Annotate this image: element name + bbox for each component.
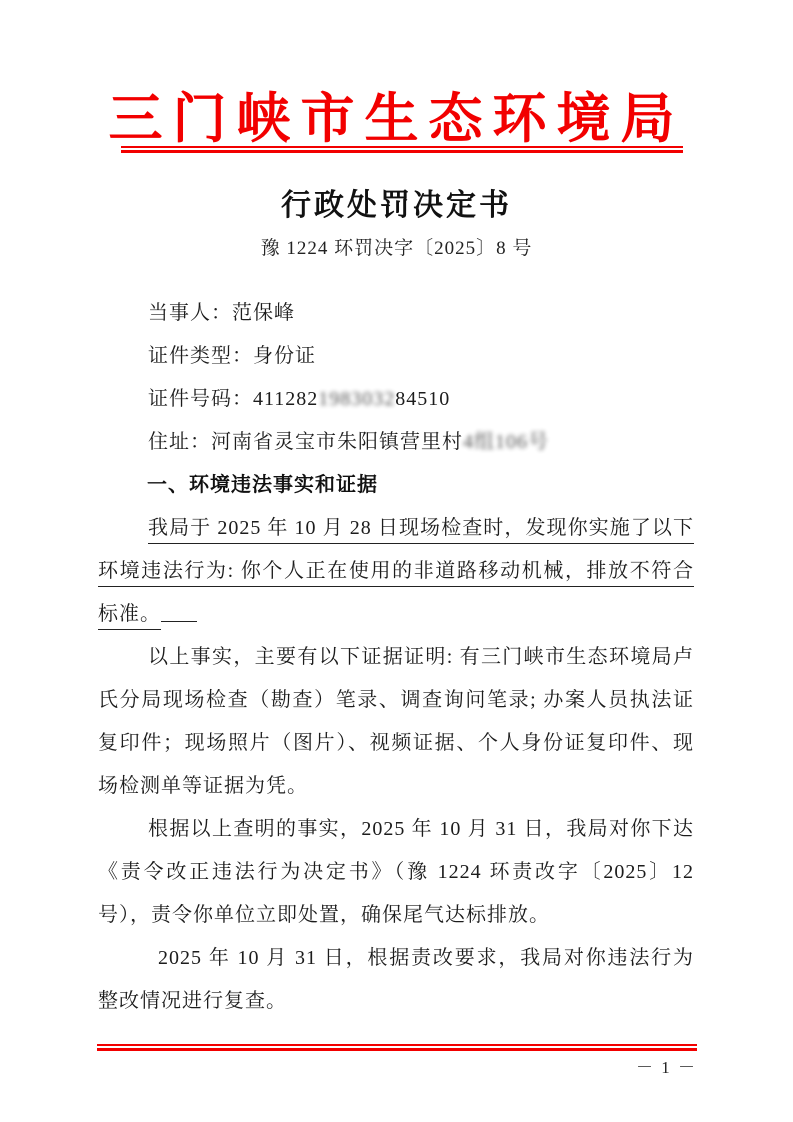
party-label: 当事人：: [148, 302, 232, 324]
footer-divider-thick-line: [97, 1048, 697, 1051]
address-redacted: 4组106号: [463, 431, 549, 453]
underline-tail: [161, 593, 197, 622]
id-type-label: 证件类型：: [148, 345, 253, 367]
agency-letterhead: 三门峡市生态环境局: [0, 76, 793, 153]
address-label: 住址：: [148, 431, 211, 453]
reinspection-paragraph: 2025 年 10 月 31 日，根据责改要求，我局对你违法行为整改情况进行复查…: [98, 937, 694, 1023]
id-number-suffix: 84510: [395, 388, 450, 410]
address-line: 住址：河南省灵宝市朱阳镇营里村4组106号: [98, 421, 694, 464]
violation-facts-paragraph: 我局于 2025 年 10 月 28 日现场检查时，发现你实施了以下环境违法行为…: [98, 507, 694, 636]
document-number: 豫 1224 环罚决字〔2025〕8 号: [0, 233, 793, 260]
document-page: 三门峡市生态环境局 行政处罚决定书 豫 1224 环罚决字〔2025〕8 号 当…: [0, 0, 793, 1122]
id-number-label: 证件号码：: [148, 388, 253, 410]
letterhead-divider-thick-line: [121, 150, 683, 153]
id-number-redacted: 1983032: [318, 388, 395, 410]
page-number: － 1 －: [636, 1053, 697, 1078]
letterhead-divider-thin-line: [121, 146, 683, 148]
section-1-heading: 一、环境违法事实和证据: [98, 464, 694, 507]
party-line: 当事人：范保峰: [98, 292, 694, 335]
correction-order-paragraph: 根据以上查明的事实，2025 年 10 月 31 日，我局对你下达《责令改正违法…: [98, 808, 694, 937]
document-body: 当事人：范保峰 证件类型：身份证 证件号码：411282198303284510…: [98, 292, 694, 1023]
id-type-line: 证件类型：身份证: [98, 335, 694, 378]
footer-divider: [97, 1044, 697, 1051]
id-number-prefix: 411282: [253, 388, 318, 410]
evidence-paragraph: 以上事实，主要有以下证据证明: 有三门峡市生态环境局卢氏分局现场检查（勘查）笔录…: [98, 636, 694, 808]
party-value: 范保峰: [232, 302, 295, 324]
id-number-line: 证件号码：411282198303284510: [98, 378, 694, 421]
id-type-value: 身份证: [253, 345, 316, 367]
document-title: 行政处罚决定书: [0, 180, 793, 224]
footer-divider-thin-line: [97, 1044, 697, 1046]
letterhead-divider: [121, 146, 683, 153]
address-value: 河南省灵宝市朱阳镇营里村: [211, 431, 463, 453]
